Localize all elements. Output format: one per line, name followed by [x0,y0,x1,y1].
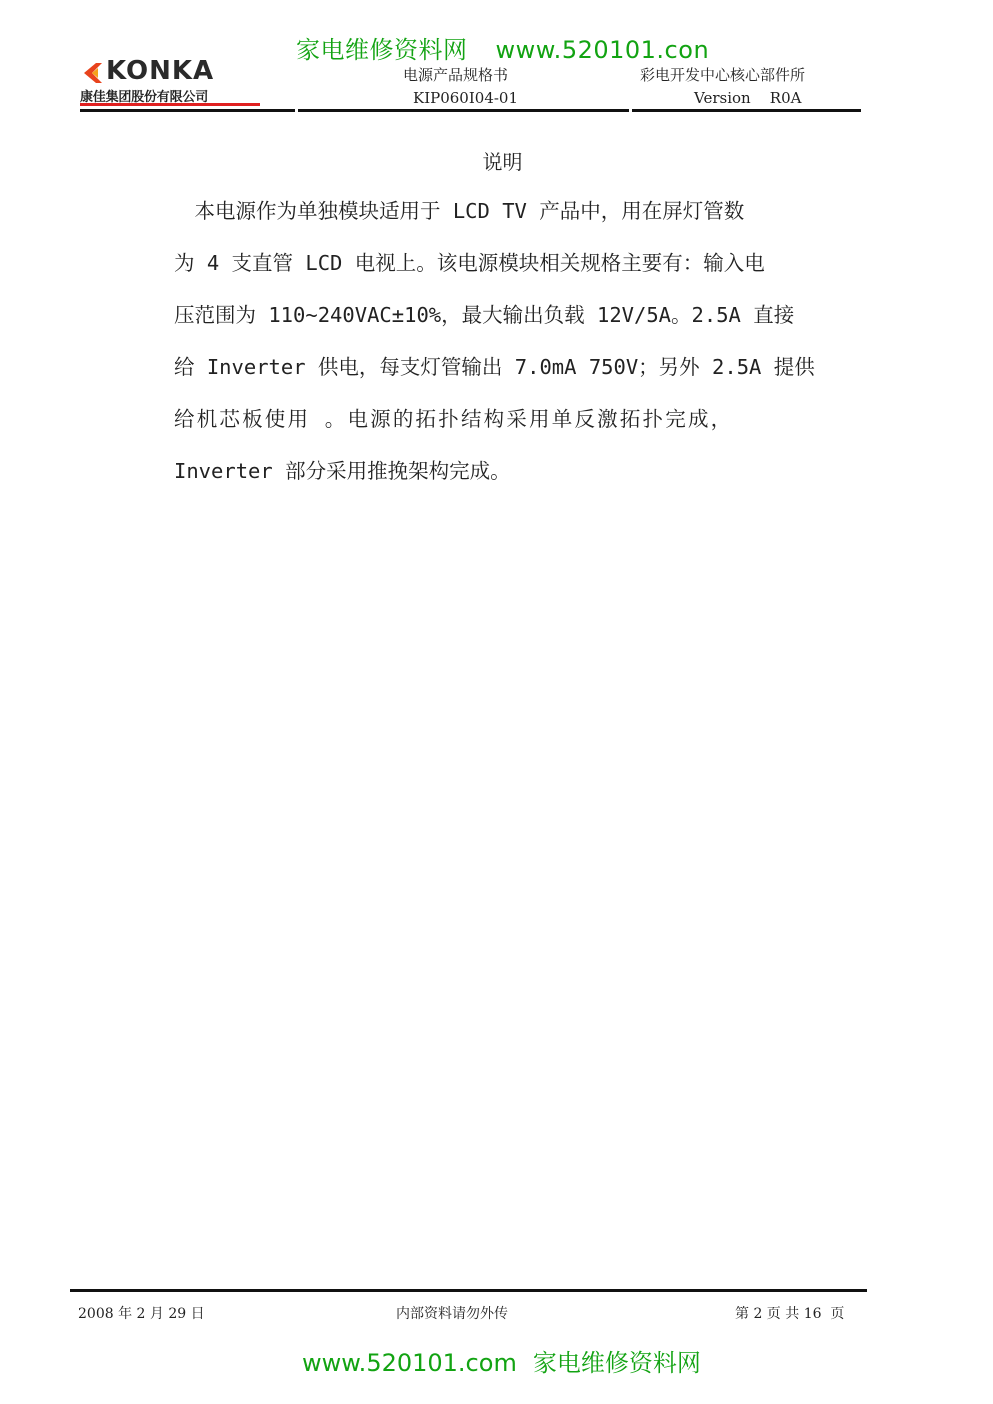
paragraph-line: 本电源作为单独模块适用于 LCD TV 产品中，用在屏灯管数 [174,185,814,237]
paragraph-line: 给 Inverter 供电，每支灯管输出 7.0mA 750V；另外 2.5A … [174,341,814,393]
header-rule-left [80,109,295,112]
doc-number: KIP060I04-01 [413,89,518,107]
paragraph-line: 压范围为 110~240VAC±10%，最大输出负载 12V/5A。2.5A 直… [174,289,814,341]
version-label: Version [694,89,751,107]
version: Version R0A [694,89,801,107]
konka-logo: KONKA 康佳集团股份有限公司 [80,60,262,110]
logo-brand: KONKA [106,56,214,86]
doc-title: 电源产品规格书 [403,64,508,85]
watermark-top-site-name: 家电维修资料网 [296,36,468,64]
konka-logo-mark-icon [82,62,104,84]
paragraph-line: 为 4 支直管 LCD 电视上。该电源模块相关规格主要有：输入电 [174,237,814,289]
version-value: R0A [770,89,802,107]
footer-confidential-notice: 内部资料请勿外传 [396,1303,508,1323]
paragraph-line: 给机芯板使用 。电源的拓扑结构采用单反激拓扑完成， [174,393,814,445]
watermark-top-url[interactable]: www.520101.con [496,36,710,64]
watermark-bottom-url[interactable]: www.520101.com [302,1349,517,1377]
logo-red-bar [80,103,260,106]
section-title: 说明 [0,146,993,175]
watermark-top: 家电维修资料网www.520101.con [296,30,709,65]
paragraph-line: Inverter 部分采用推挽架构完成。 [174,445,814,497]
footer-rule [70,1289,867,1292]
header-rule-middle [298,109,629,112]
watermark-bottom-site-name: 家电维修资料网 [533,1349,701,1377]
footer-date: 2008 年 2 月 29 日 [78,1303,205,1323]
description-paragraph: 本电源作为单独模块适用于 LCD TV 产品中，用在屏灯管数 为 4 支直管 L… [174,185,814,497]
department: 彩电开发中心核心部件所 [640,64,805,85]
footer-page-info: 第 2 页 共 16 页 [735,1303,844,1323]
watermark-bottom: www.520101.com家电维修资料网 [302,1343,701,1378]
header-rule-right [632,109,861,112]
